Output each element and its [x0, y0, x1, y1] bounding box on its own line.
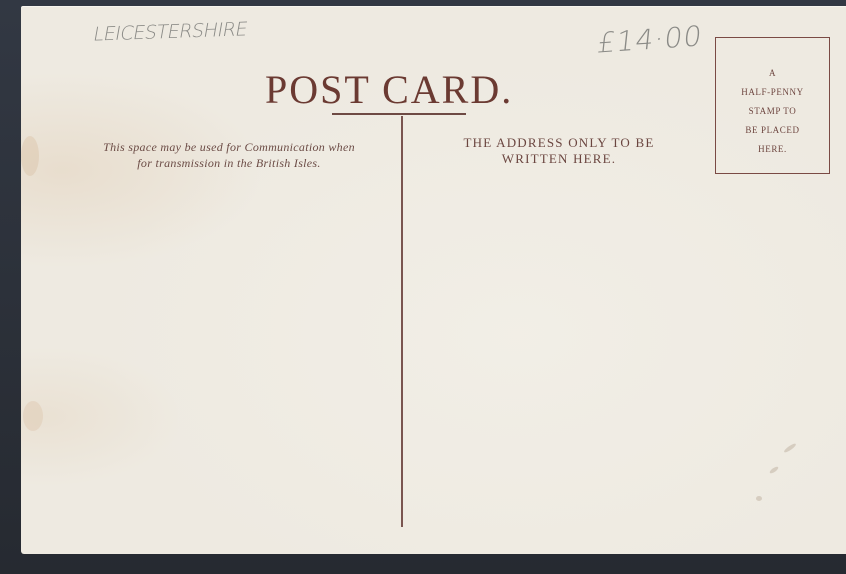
- stamp-line: HERE.: [716, 140, 829, 159]
- title-underline: [332, 113, 466, 115]
- handwritten-price-note: £14·00: [596, 19, 705, 59]
- handwritten-county-note: LEICESTERSHIRE: [92, 18, 249, 45]
- foxing-spot: [783, 442, 797, 453]
- postcard-title: POST CARD.: [265, 66, 555, 113]
- stamp-line: STAMP TO: [716, 102, 829, 121]
- postcard-back: LEICESTERSHIRE £14·00 POST CARD. This sp…: [21, 6, 846, 554]
- stamp-line: A: [716, 64, 829, 83]
- stamp-line: BE PLACED: [716, 121, 829, 140]
- address-note-line1: THE ADDRESS ONLY TO BE: [439, 135, 679, 151]
- foxing-spot: [756, 496, 762, 501]
- center-divider-line: [401, 116, 403, 527]
- communication-note-line2: for transmission in the British Isles.: [79, 155, 379, 171]
- address-note: THE ADDRESS ONLY TO BE WRITTEN HERE.: [439, 135, 679, 167]
- stamp-instructions: A HALF-PENNY STAMP TO BE PLACED HERE.: [716, 64, 829, 159]
- communication-note-line1: This space may be used for Communication…: [79, 139, 379, 155]
- foxing-spot: [21, 136, 39, 176]
- foxing-spot: [23, 401, 43, 431]
- stamp-line: HALF-PENNY: [716, 83, 829, 102]
- address-note-line2: WRITTEN HERE.: [439, 151, 679, 167]
- foxing-spot: [769, 465, 779, 474]
- stamp-box: A HALF-PENNY STAMP TO BE PLACED HERE.: [715, 37, 830, 174]
- communication-note: This space may be used for Communication…: [79, 139, 379, 171]
